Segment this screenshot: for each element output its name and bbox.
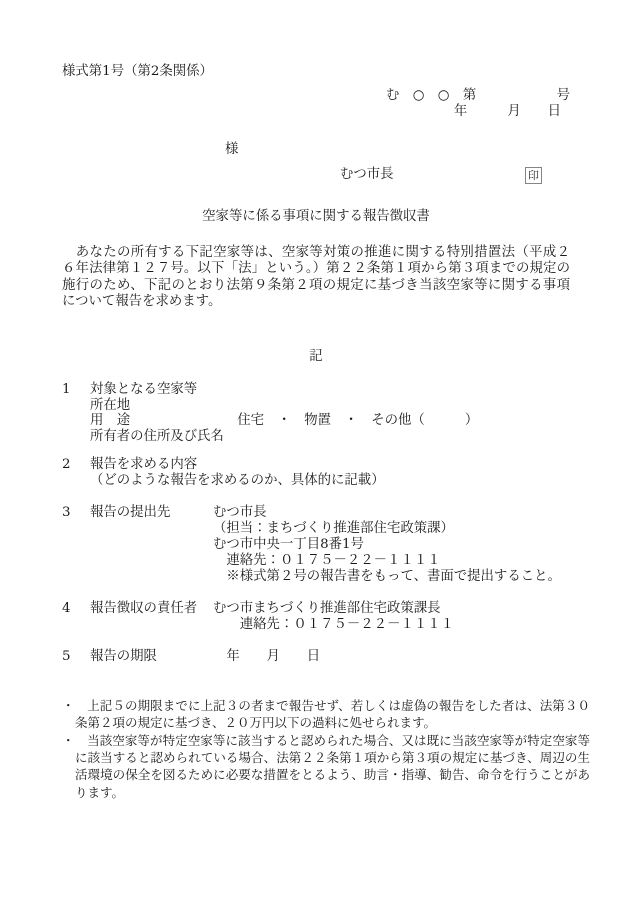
item-body: 対象となる空家等 所在地 用 途 住宅 ・ 物置 ・ その他（ ） 所有者の住所…: [90, 382, 630, 444]
item-1-target-vacant-house: 1 対象となる空家等 所在地 用 途 住宅 ・ 物置 ・ その他（ ） 所有者の…: [62, 382, 630, 444]
item-3-label: 報告の提出先: [90, 505, 213, 521]
item-4-label: 報告徴収の責任者: [90, 601, 213, 617]
notes-section: ・ 上記５の期限までに上記３の者まで報告せず、若しくは虚偽の報告をした者は、法第…: [62, 697, 590, 801]
record-heading: 記: [62, 349, 570, 365]
item-3-address: むつ市中央一丁目8番1号: [213, 537, 630, 553]
item-number: 4: [62, 601, 90, 617]
item-5-label: 報告の期限: [90, 649, 213, 665]
item-3-contact: 連絡先：０１７５－２２－１１１１: [213, 553, 630, 569]
issuer-name: むつ市長: [340, 167, 394, 182]
item-4-contact: 連絡先：０１７５－２２－１１１１: [213, 617, 630, 633]
issuer-line: むつ市長 印: [62, 167, 630, 183]
item-3-submission-note: ※様式第２号の報告書をもって、書面で提出すること。: [213, 569, 630, 585]
item-number: 1: [62, 382, 90, 398]
item-5-report-deadline: 5 報告の期限 年 月 日: [62, 649, 630, 665]
note-measures: ・ 当該空家等が特定空家等に該当すると認められた場合、又は既に当該空家等が特定空…: [62, 732, 590, 801]
item-2-report-content: 2 報告を求める内容 （どのような報告を求めるのか、具体的に記載）: [62, 457, 630, 488]
item-number: 2: [62, 457, 90, 473]
item-1-location-label: 所在地: [90, 398, 630, 414]
item-5-date-blanks: 年 月 日: [213, 649, 630, 665]
item-4-responsible-person: 4 報告徴収の責任者 むつ市まちづくり推進部住宅政策課長 連絡先：０１７５－２２…: [62, 601, 630, 633]
addressee-honorific: 様: [225, 142, 630, 158]
item-3-submission-destination: 3 報告の提出先 むつ市長 （担当：まちづくり推進部住宅政策課） むつ市中央一丁…: [62, 505, 630, 585]
item-1-heading: 対象となる空家等: [90, 382, 630, 398]
document-title: 空家等に係る事項に関する報告徴収書: [62, 209, 570, 225]
item-body: むつ市長 （担当：まちづくり推進部住宅政策課） むつ市中央一丁目8番1号 連絡先…: [213, 505, 630, 585]
item-number: 3: [62, 505, 90, 521]
item-1-usage-line: 用 途 住宅 ・ 物置 ・ その他（ ）: [90, 413, 630, 429]
document-number-line: む ○ ○ 第 号: [62, 88, 570, 104]
form-number: 様式第1号（第2条関係）: [62, 64, 630, 80]
item-1-owner-label: 所有者の住所及び氏名: [90, 429, 630, 445]
note-penalty: ・ 上記５の期限までに上記３の者まで報告せず、若しくは虚偽の報告をした者は、法第…: [62, 697, 590, 732]
item-4-person-title: むつ市まちづくり推進部住宅政策課長: [213, 601, 630, 617]
item-3-destination-name: むつ市長: [213, 505, 630, 521]
seal-mark: 印: [525, 167, 542, 184]
item-body: むつ市まちづくり推進部住宅政策課長 連絡先：０１７５－２２－１１１１: [213, 601, 630, 633]
item-body: 年 月 日: [213, 649, 630, 665]
item-2-instruction: （どのような報告を求めるのか、具体的に記載）: [90, 473, 630, 489]
item-number: 5: [62, 649, 90, 665]
item-2-heading: 報告を求める内容: [90, 457, 630, 473]
body-paragraph: あなたの所有する下記空家等は、空家等対策の推進に関する特別措置法（平成２６年法律…: [62, 245, 570, 310]
date-line: 年 月 日: [62, 104, 561, 120]
document-page: 様式第1号（第2条関係） む ○ ○ 第 号 年 月 日 様 むつ市長 印 空家…: [0, 0, 630, 903]
item-body: 報告を求める内容 （どのような報告を求めるのか、具体的に記載）: [90, 457, 630, 488]
item-3-department: （担当：まちづくり推進部住宅政策課）: [213, 521, 630, 537]
